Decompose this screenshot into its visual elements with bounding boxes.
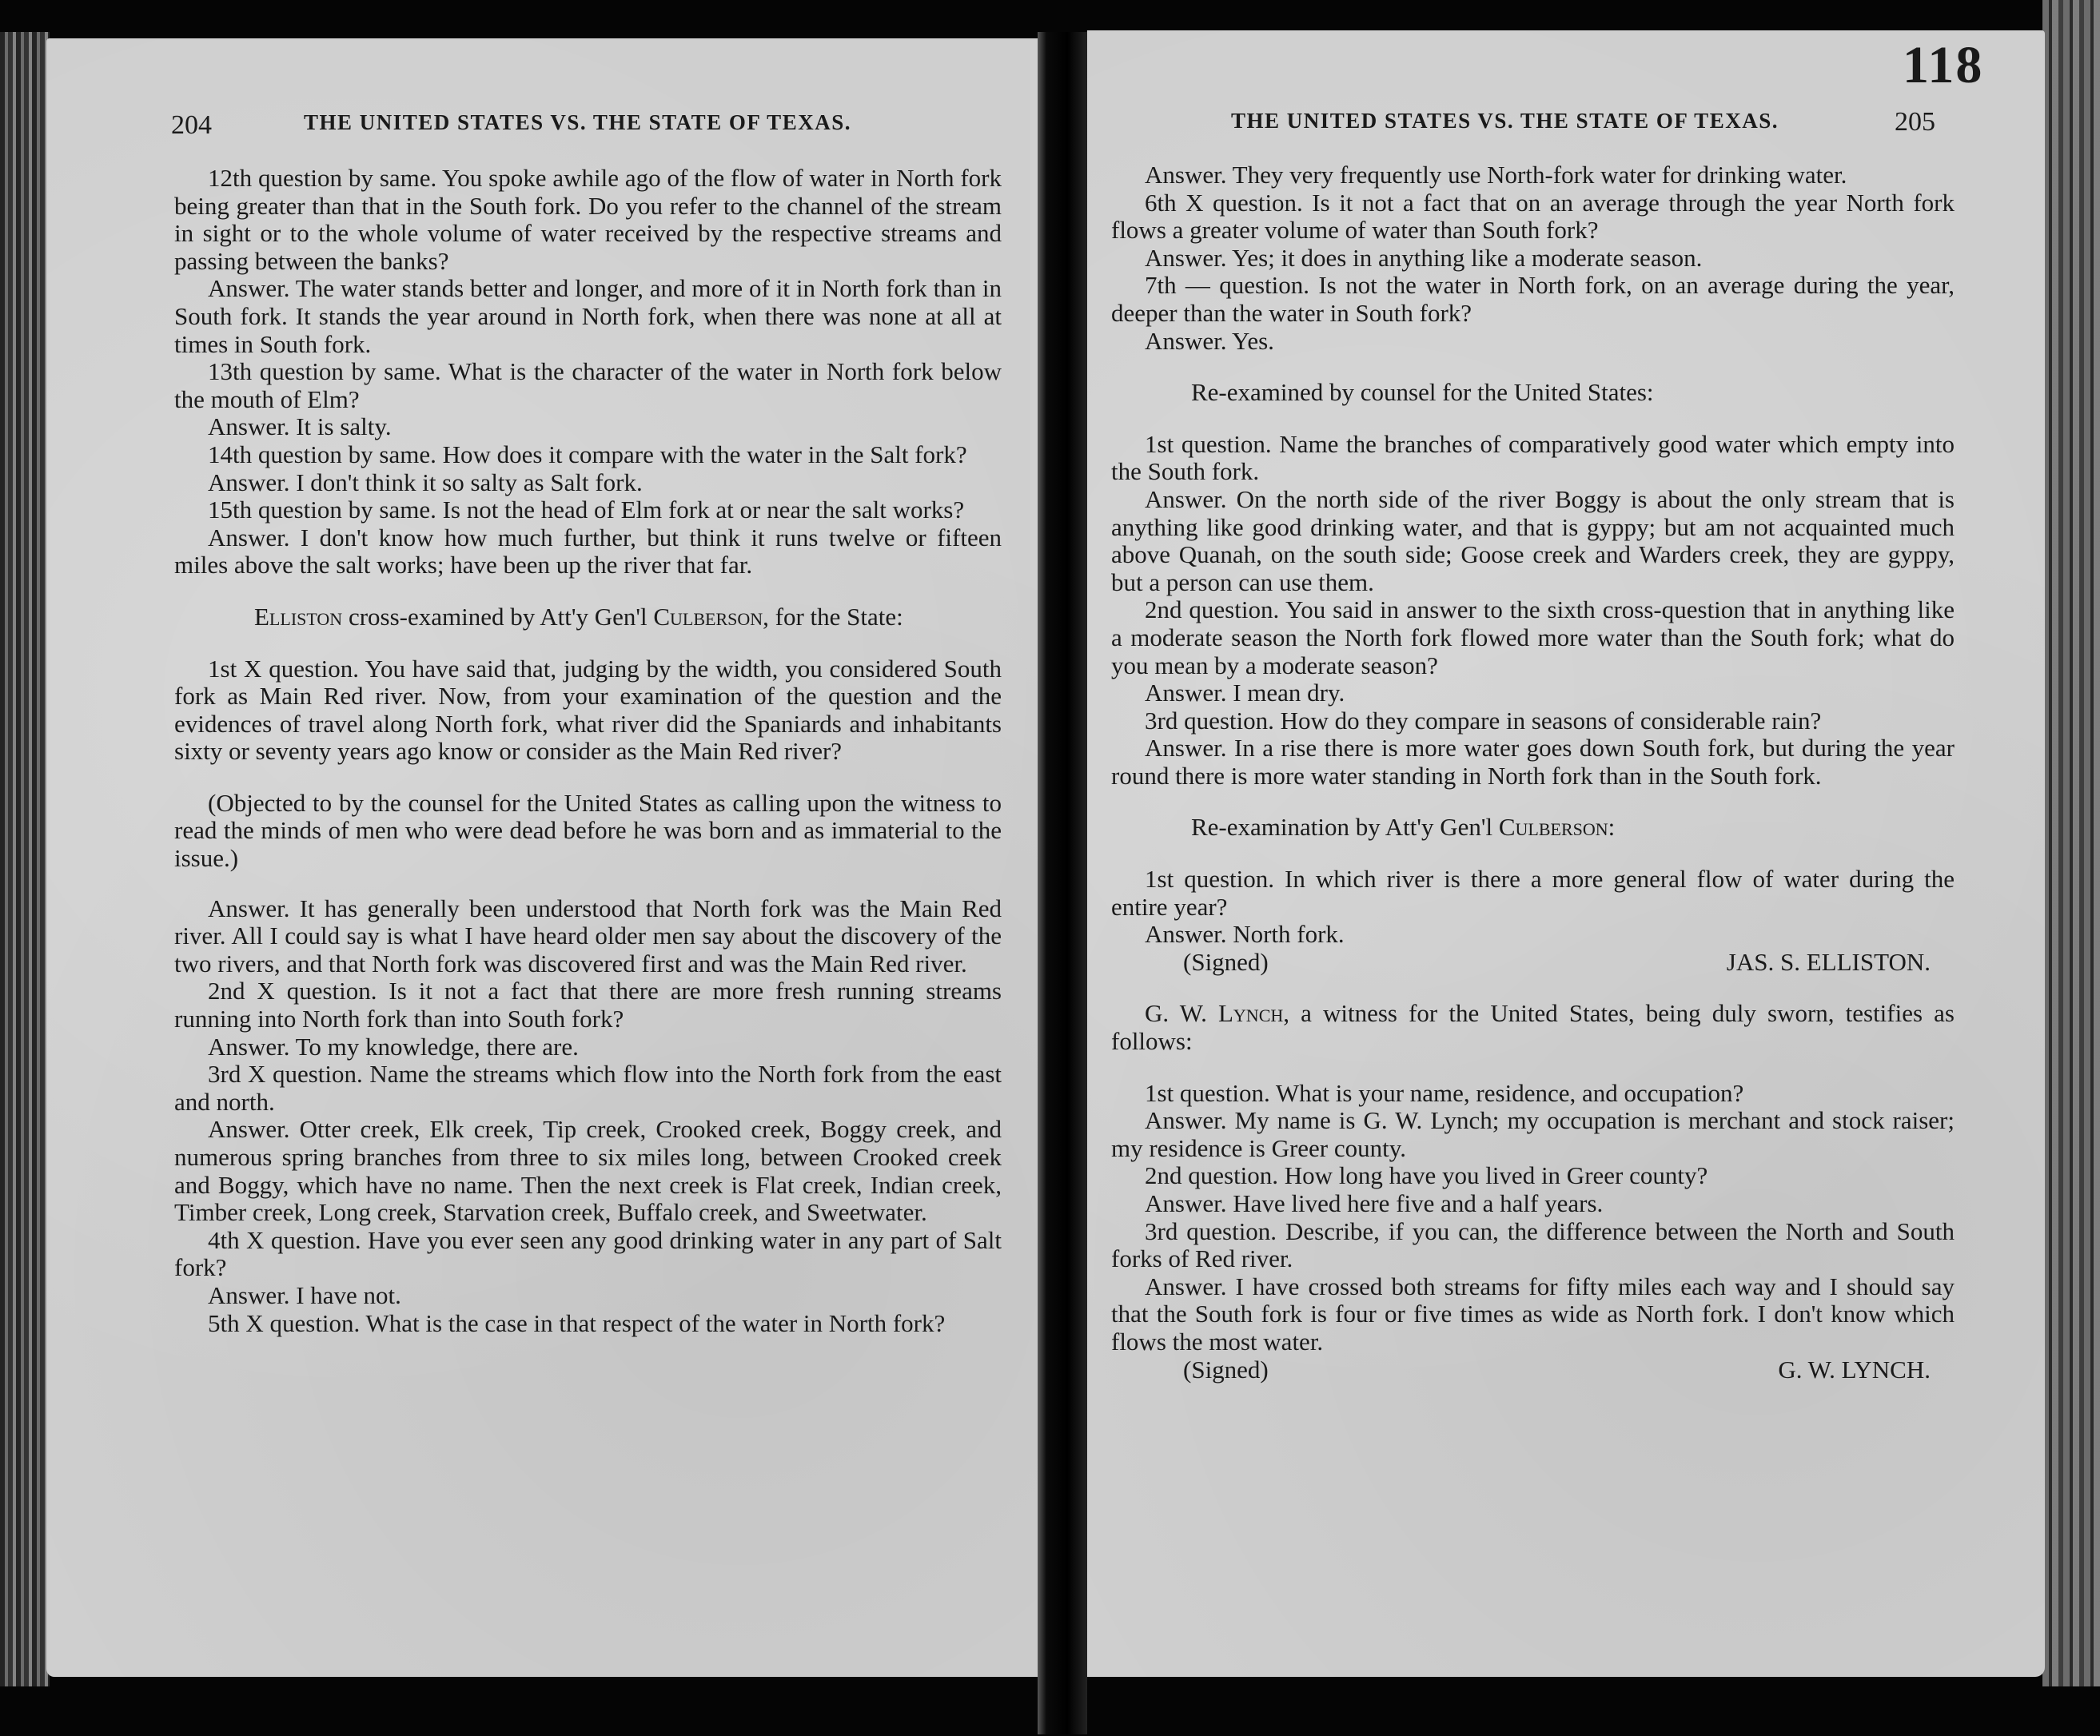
paragraph: 6th X question. Is it not a fact that on… bbox=[1111, 189, 1955, 245]
book-gutter bbox=[1038, 32, 1087, 1734]
signature-name: G. W. LYNCH. bbox=[1778, 1356, 1931, 1384]
paragraph: Answer. It is salty. bbox=[174, 413, 1002, 441]
stamp-number: 118 bbox=[1903, 35, 1983, 96]
paragraph: Answer. To my knowledge, there are. bbox=[174, 1033, 1002, 1061]
page-number-right: 205 bbox=[1895, 107, 1935, 137]
paragraph: Answer. Otter creek, Elk creek, Tip cree… bbox=[174, 1116, 1002, 1226]
paragraph: 13th question by same. What is the chara… bbox=[174, 358, 1002, 413]
right-page-body: Answer. They very frequently use North-f… bbox=[1111, 161, 1955, 1384]
page-number-left: 204 bbox=[171, 110, 212, 141]
paragraph: 2nd question. How long have you lived in… bbox=[1111, 1162, 1955, 1190]
signed-label: (Signed) bbox=[1183, 949, 1269, 977]
paragraph: 14th question by same. How does it compa… bbox=[174, 441, 1002, 469]
paragraph: 15th question by same. Is not the head o… bbox=[174, 496, 1002, 524]
paragraph: Answer. On the north side of the river B… bbox=[1111, 486, 1955, 596]
book-edge-right bbox=[2042, 0, 2100, 1686]
section-heading-cross-examination: Elliston cross-examined by Att'y Gen'l C… bbox=[174, 603, 1002, 631]
paragraph: 1st question. In which river is there a … bbox=[1111, 866, 1955, 921]
paragraph: 2nd question. You said in answer to the … bbox=[1111, 596, 1955, 679]
section-heading-reexamined: Re-examined by counsel for the United St… bbox=[1111, 379, 1955, 407]
signature-elliston: (Signed) JAS. S. ELLISTON. bbox=[1111, 949, 1955, 977]
left-page-body: 12th question by same. You spoke awhile … bbox=[174, 165, 1002, 1337]
paragraph: Answer. They very frequently use North-f… bbox=[1111, 161, 1955, 189]
running-head-right: THE UNITED STATES VS. THE STATE OF TEXAS… bbox=[1231, 109, 1779, 133]
objection-paragraph: (Objected to by the counsel for the Unit… bbox=[174, 790, 1002, 873]
paragraph: Answer. Have lived here five and a half … bbox=[1111, 1190, 1955, 1218]
paragraph: Answer. My name is G. W. Lynch; my occup… bbox=[1111, 1107, 1955, 1162]
signature-name: JAS. S. ELLISTON. bbox=[1727, 949, 1931, 977]
section-heading-reexamination-culberson: Re-examination by Att'y Gen'l Culberson: bbox=[1111, 814, 1955, 842]
paragraph: Answer. I have not. bbox=[174, 1282, 1002, 1310]
paragraph: 3rd question. How do they compare in sea… bbox=[1111, 707, 1955, 735]
paragraph: 2nd X question. Is it not a fact that th… bbox=[174, 977, 1002, 1033]
paragraph: 3rd X question. Name the streams which f… bbox=[174, 1061, 1002, 1116]
paragraph: 1st question. Name the branches of compa… bbox=[1111, 431, 1955, 486]
paragraph: 5th X question. What is the case in that… bbox=[174, 1310, 1002, 1338]
paragraph: Answer. I mean dry. bbox=[1111, 679, 1955, 707]
book-edge-left bbox=[0, 32, 50, 1686]
paragraph: 1st question. What is your name, residen… bbox=[1111, 1080, 1955, 1108]
paragraph: 3rd question. Describe, if you can, the … bbox=[1111, 1218, 1955, 1273]
paragraph: Answer. I don't know how much further, b… bbox=[174, 524, 1002, 579]
signature-lynch: (Signed) G. W. LYNCH. bbox=[1111, 1356, 1955, 1384]
paragraph: Answer. The water stands better and long… bbox=[174, 275, 1002, 358]
paragraph: 7th — question. Is not the water in Nort… bbox=[1111, 272, 1955, 327]
paragraph: Answer. North fork. bbox=[1111, 921, 1955, 949]
paragraph: 12th question by same. You spoke awhile … bbox=[174, 165, 1002, 275]
right-page: 118 THE UNITED STATES VS. THE STATE OF T… bbox=[1087, 30, 2045, 1677]
paragraph: 4th X question. Have you ever seen any g… bbox=[174, 1227, 1002, 1282]
paragraph: Answer. Yes; it does in anything like a … bbox=[1111, 245, 1955, 273]
paragraph: Answer. In a rise there is more water go… bbox=[1111, 735, 1955, 790]
left-page: 204 THE UNITED STATES VS. THE STATE OF T… bbox=[46, 38, 1038, 1677]
signed-label: (Signed) bbox=[1183, 1356, 1269, 1384]
paragraph: Answer. Yes. bbox=[1111, 328, 1955, 356]
paragraph: Answer. It has generally been understood… bbox=[174, 895, 1002, 978]
paragraph: 1st X question. You have said that, judg… bbox=[174, 655, 1002, 766]
witness-intro-lynch: G. W. Lynch, a witness for the United St… bbox=[1111, 1000, 1955, 1055]
paragraph: Answer. I have crossed both streams for … bbox=[1111, 1273, 1955, 1356]
running-head-left: THE UNITED STATES VS. THE STATE OF TEXAS… bbox=[304, 110, 851, 135]
paragraph: Answer. I don't think it so salty as Sal… bbox=[174, 469, 1002, 497]
